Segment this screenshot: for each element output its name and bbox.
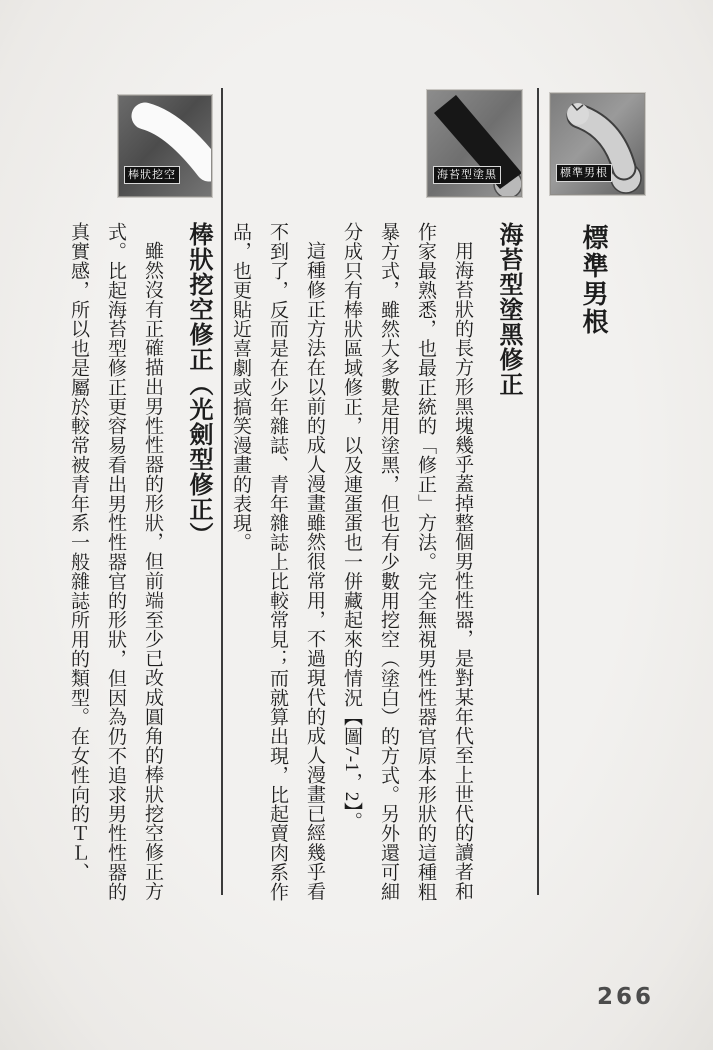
figure-label-standard: 標準男根	[556, 164, 612, 182]
figure-label-nori: 海苔型塗黑	[433, 166, 501, 184]
page-number: 266	[597, 984, 654, 1010]
figure-nori-blackout: 海苔型塗黑	[427, 90, 522, 197]
section-nori-blackout: 海苔型塗黑修正 用海苔狀的長方形黑塊幾乎蓋掉整個男性性器，是對某年代至上世代的讀…	[227, 222, 527, 902]
figure-label-rod: 棒狀挖空	[124, 166, 180, 184]
body-paragraph: 這種修正方法在以前的成人漫畫雖然很常用，不過現代的成人漫畫已經幾乎看不到了，反而…	[222, 222, 333, 902]
figure-rod-hollow: 棒狀挖空	[118, 95, 212, 197]
body-paragraph: 雖然沒有正確描出男性性器的形狀，但前端至少已改成圓角的棒狀挖空修正方式。比起海苔…	[60, 222, 171, 902]
book-page: 標準男根 標準男根 海苔型塗黑 海苔型塗黑修正 用海苔狀的長方形黑塊幾乎蓋掉整個…	[0, 0, 713, 1050]
column-divider-right	[537, 88, 539, 895]
column-divider-left	[221, 88, 223, 895]
section-heading-rod: 棒狀挖空修正（光劍型修正）	[179, 222, 217, 902]
section-standard-male: 標準男根	[572, 224, 612, 654]
section-heading-standard: 標準男根	[574, 224, 612, 654]
section-heading-nori: 海苔型塗黑修正	[489, 222, 527, 902]
figure-standard-male: 標準男根	[550, 93, 645, 195]
body-paragraph: 用海苔狀的長方形黑塊幾乎蓋掉整個男性性器，是對某年代至上世代的讀者和作家最熟悉，…	[333, 222, 481, 902]
section-rod-hollow: 棒狀挖空修正（光劍型修正） 雖然沒有正確描出男性性器的形狀，但前端至少已改成圓角…	[75, 222, 217, 902]
